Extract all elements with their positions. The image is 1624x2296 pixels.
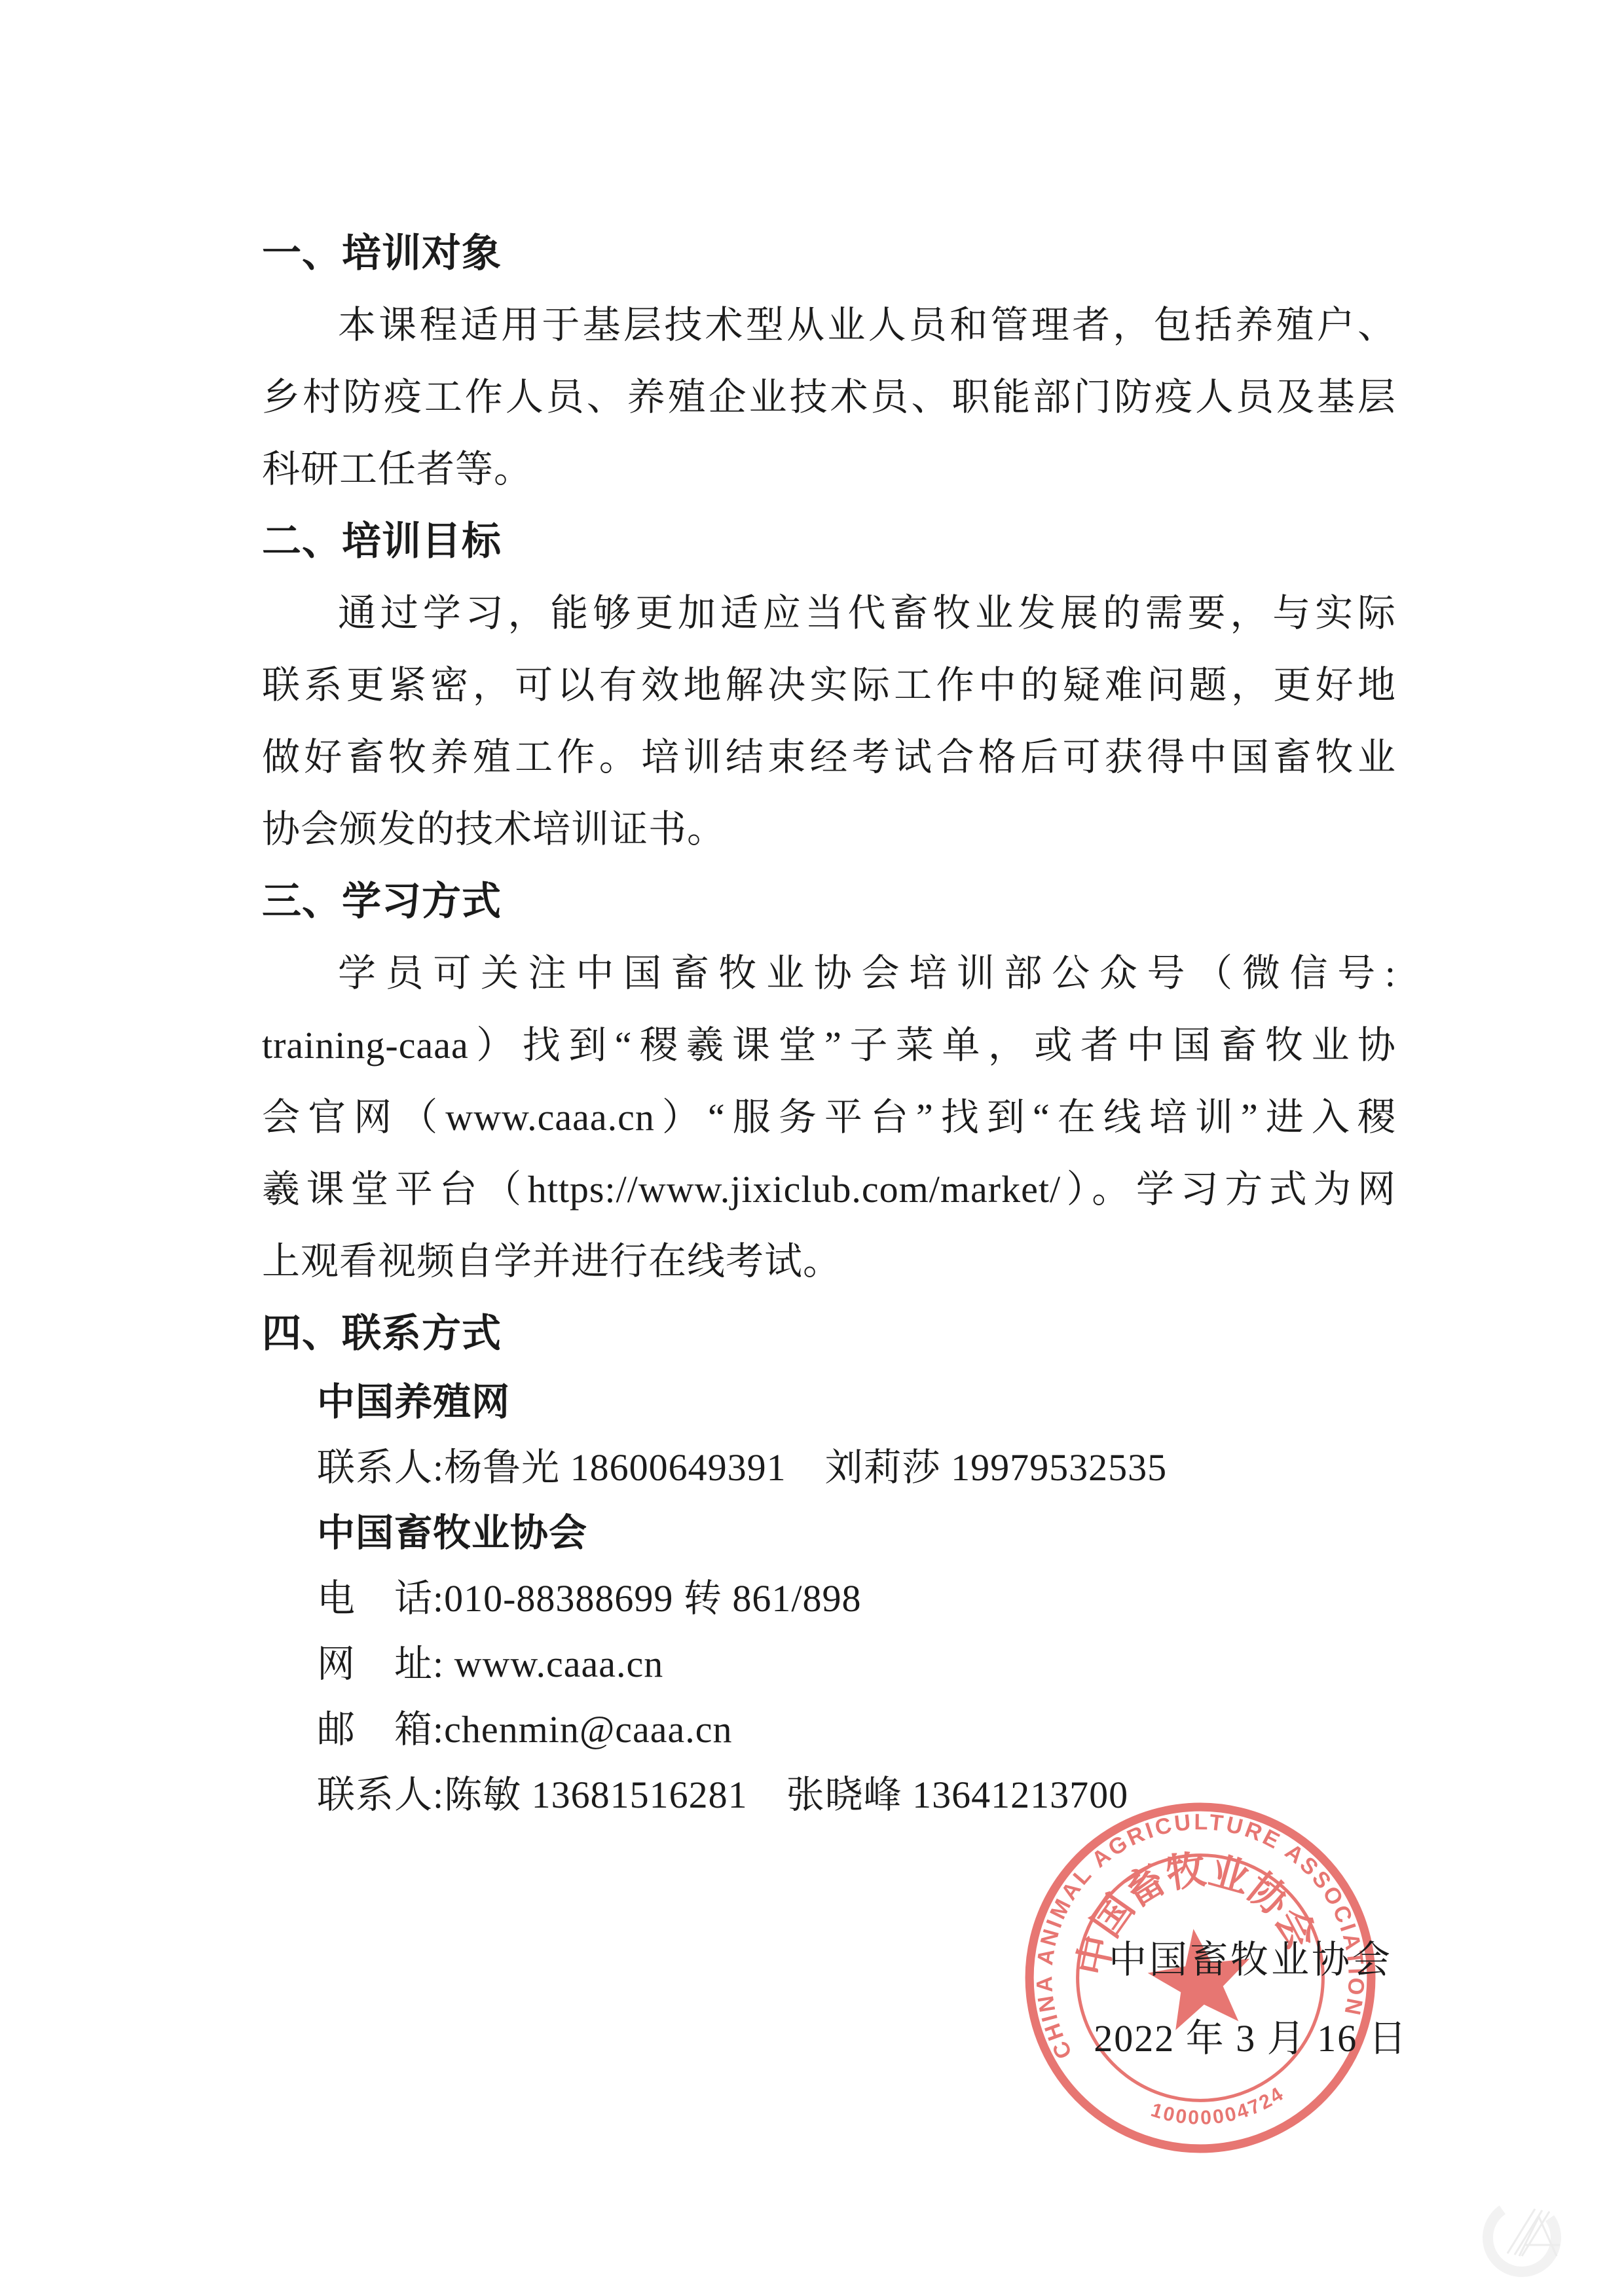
contact-persons-line-1: 联系人:杨鲁光 18600649391 刘莉莎 19979532535 <box>262 1435 1396 1501</box>
paragraph-line: 通过学习，能够更加适应当代畜牧业发展的需要，与实际 <box>262 577 1396 649</box>
paragraph-line: 联系更紧密，可以有效地解决实际工作中的疑难问题，更好地 <box>262 649 1396 721</box>
paragraph-line: 本课程适用于基层技术型从业人员和管理者，包括养殖户、 <box>262 289 1396 361</box>
paragraph-line: 上观看视频自学并进行在线考试。 <box>262 1226 1396 1298</box>
caaa-watermark-logo <box>1477 2189 1574 2286</box>
paragraph-line: 羲课堂平台（https://www.jixiclub.com/market/）。… <box>262 1154 1396 1226</box>
watermark-c-ring <box>1477 2191 1569 2286</box>
org-name-caaa: 中国畜牧业协会 <box>262 1501 1396 1566</box>
signoff-organization: 中国畜牧业协会 <box>1080 1929 1421 1984</box>
paragraph-line: training-caaa）找到“稷羲课堂”子菜单，或者中国畜牧业协 <box>262 1010 1396 1082</box>
watermark-slashes <box>1507 2209 1549 2256</box>
paragraph-line: 会官网（www.caaa.cn）“服务平台”找到“在线培训”进入稷 <box>262 1082 1396 1154</box>
document-body: 一、培训对象本课程适用于基层技术型从业人员和管理者，包括养殖户、乡村防疫工作人员… <box>262 217 1396 1370</box>
contact-block: 中国养殖网联系人:杨鲁光 18600649391 刘莉莎 19979532535… <box>262 1370 1396 1828</box>
signoff-date: 2022 年 3 月 16 日 <box>1054 2007 1447 2062</box>
website-line: 网 址: www.caaa.cn <box>262 1631 1396 1697</box>
section-heading-2: 二、培训目标 <box>262 505 1396 577</box>
paragraph-line: 做好畜牧养殖工作。培训结束经考试合格后可获得中国畜牧业 <box>262 721 1396 793</box>
paragraph-line: 学员可关注中国畜牧业协会培训部公众号（微信号: <box>262 938 1396 1010</box>
section-heading-1: 一、培训对象 <box>262 217 1396 289</box>
contact-persons-line-2: 联系人:陈敏 13681516281 张晓峰 13641213700 <box>262 1762 1396 1828</box>
paragraph-line: 协会颁发的技术培训证书。 <box>262 793 1396 866</box>
paragraph-line: 科研工任者等。 <box>262 433 1396 505</box>
section-heading-3: 三、学习方式 <box>262 866 1396 938</box>
document-page: CHINA ANIMAL AGRICULTURE ASSOCIATION 110… <box>0 0 1624 2296</box>
email-line: 邮 箱:chenmin@caaa.cn <box>262 1697 1396 1762</box>
phone-line: 电 话:010-88388699 转 861/898 <box>262 1566 1396 1631</box>
org-name-yangzhiwang: 中国养殖网 <box>262 1370 1396 1435</box>
section-heading-4: 四、联系方式 <box>262 1298 1396 1370</box>
paragraph-line: 乡村防疫工作人员、养殖企业技术员、职能部门防疫人员及基层 <box>262 361 1396 433</box>
